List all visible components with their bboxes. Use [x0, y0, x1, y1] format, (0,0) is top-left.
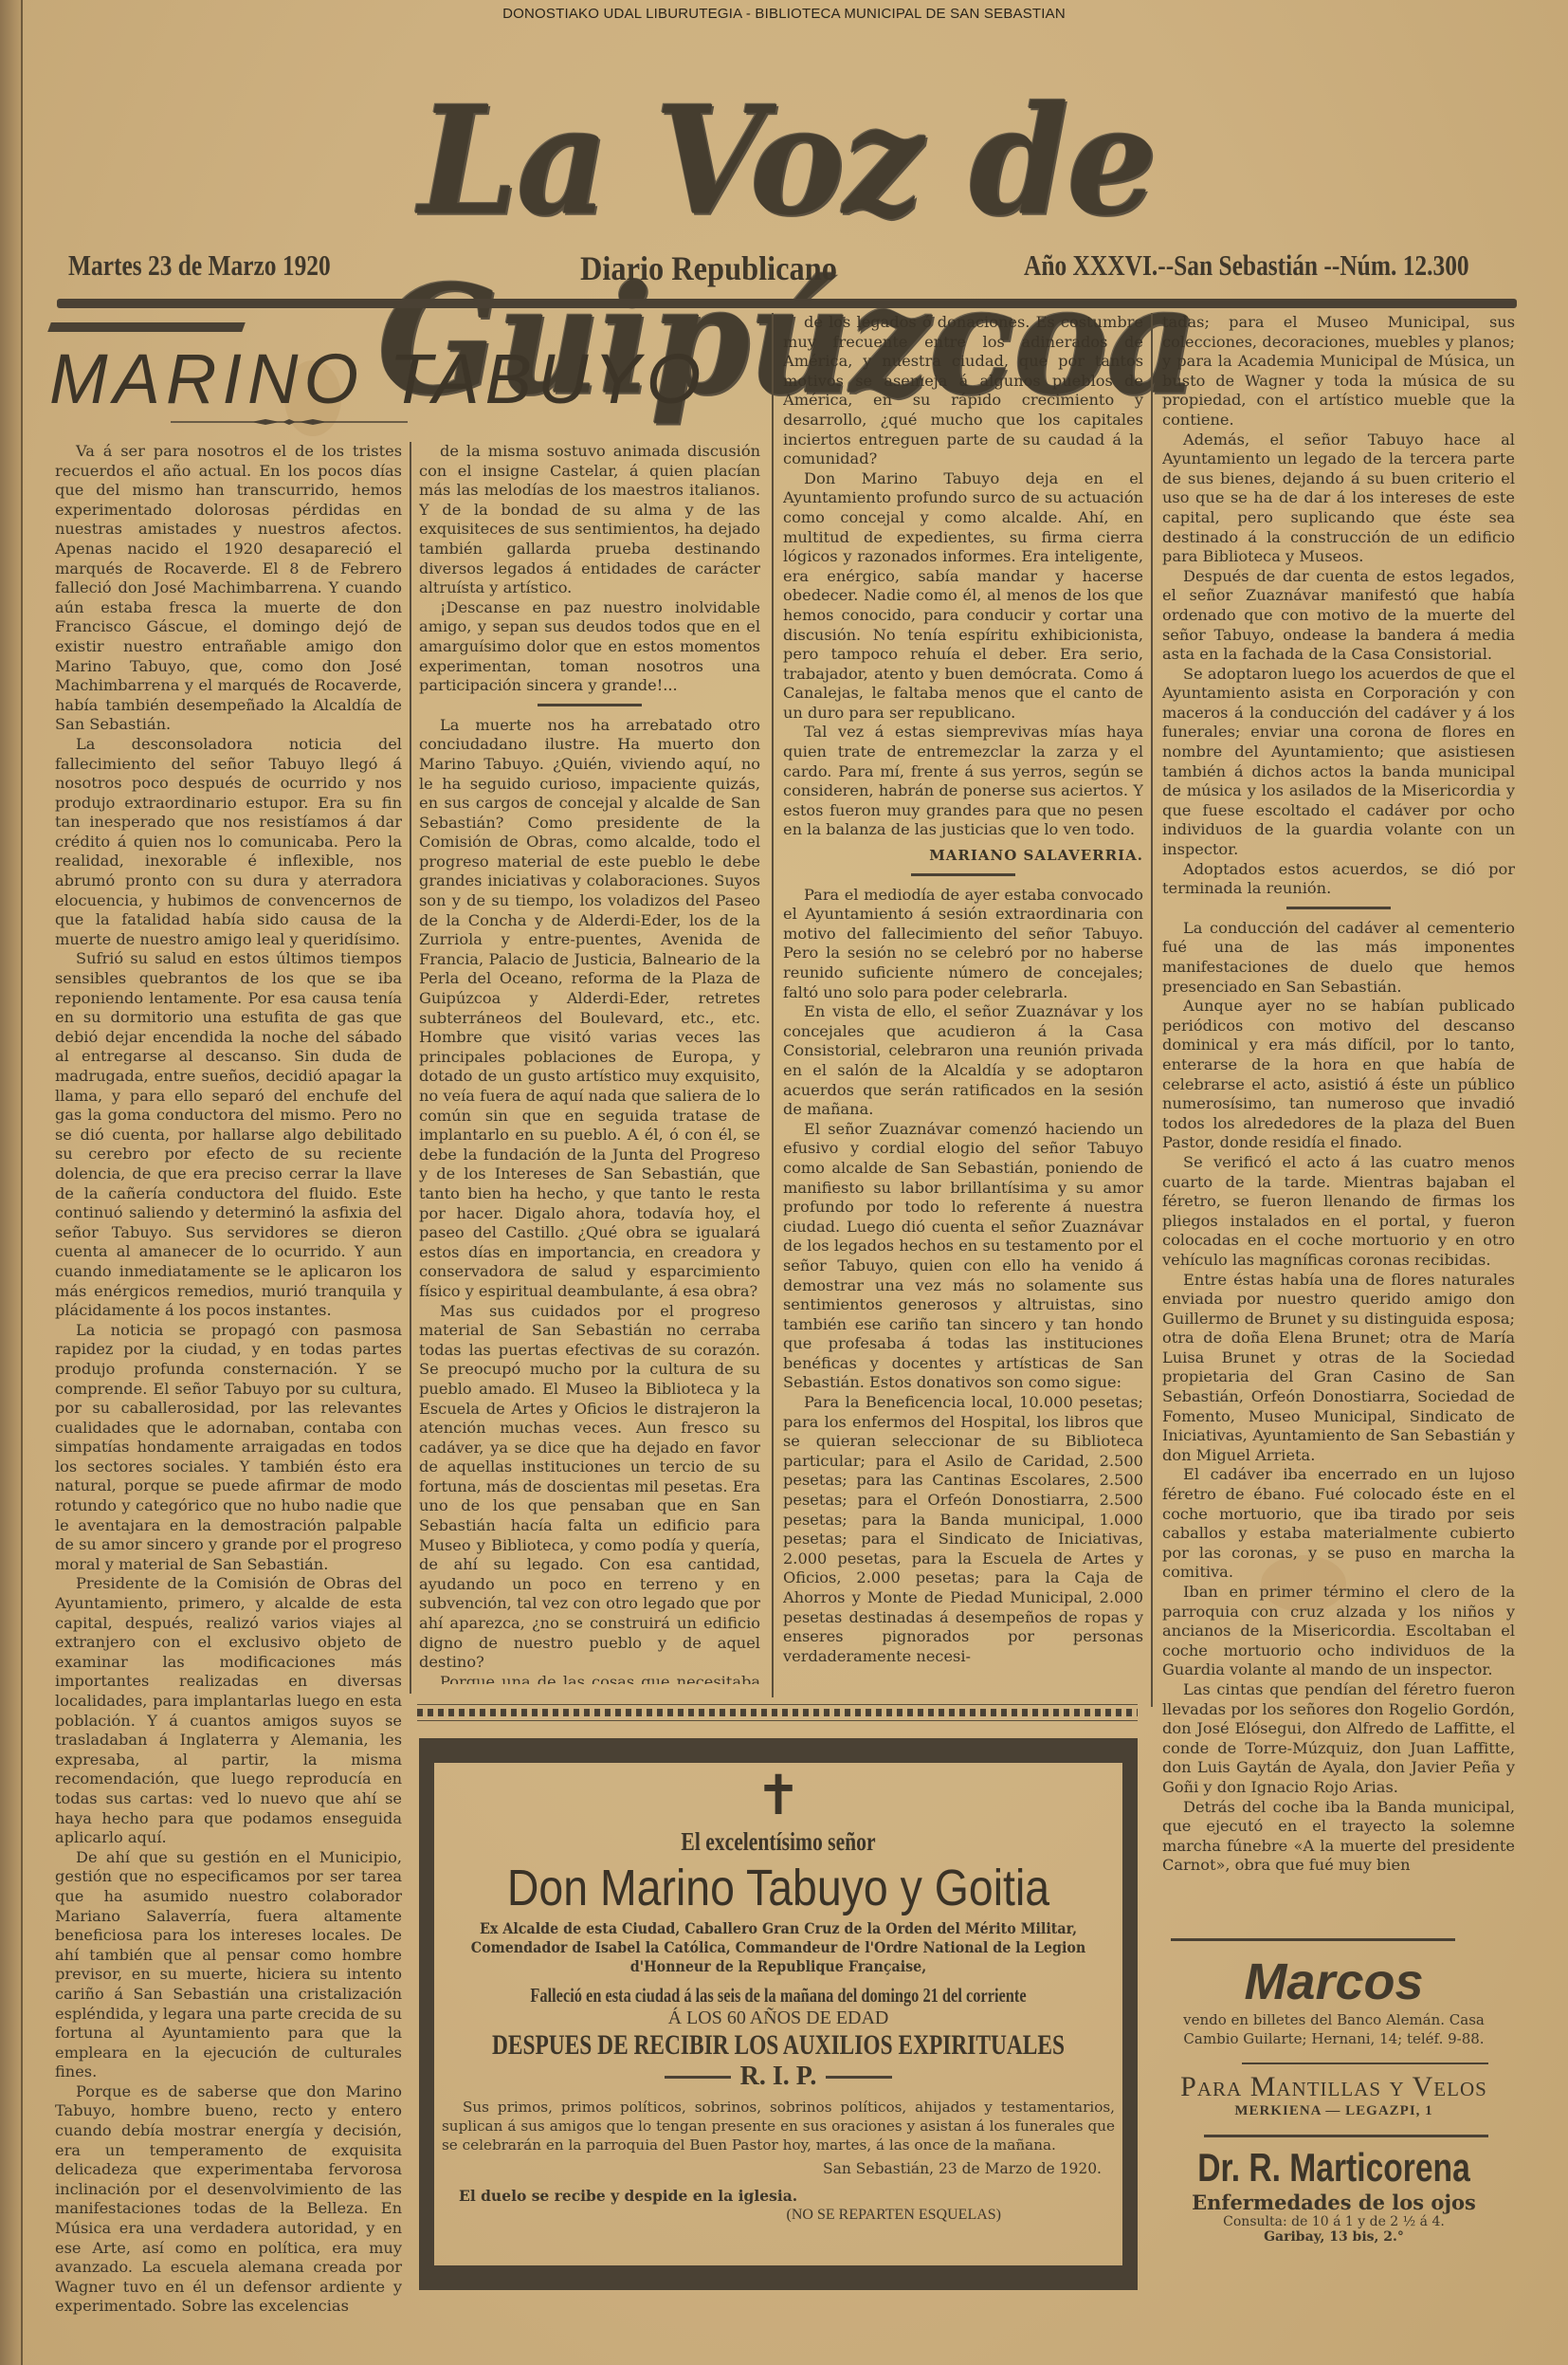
paragraph: Va á ser para nosotros el de los tristes… [55, 442, 402, 735]
paragraph: Aunque ayer no se habían publicado perió… [1162, 997, 1515, 1153]
paragraph: Don Marino Tabuyo deja en el Ayuntamient… [783, 469, 1143, 724]
author-signature: MARIANO SALAVERRIA. [783, 846, 1143, 866]
deceased-name: Don Marino Tabuyo y Goitia [456, 1857, 1100, 1919]
paragraph: De ahí que su gestión en el Municipio, g… [55, 1848, 402, 2082]
paragraph: La conducción del cadáver al cementerio … [1162, 919, 1515, 997]
binding-edge [21, 0, 23, 2365]
paragraph: Para el mediodía de ayer estaba convocad… [783, 886, 1143, 1003]
paragraph: El señor Zuaznávar comenzó haciendo un e… [783, 1120, 1143, 1393]
newspaper-page: DONOSTIAKO UDAL LIBURUTEGIA - BIBLIOTECA… [0, 0, 1568, 2365]
column-divider [1151, 313, 1153, 1707]
paragraph: En vista de ello, el señor Zuaznávar y l… [783, 1002, 1143, 1120]
obituary-place-date: San Sebastián, 23 de Marzo de 1920. [442, 2160, 1115, 2177]
ad-doctor: Dr. R. Marticorena Enfermedades de los o… [1149, 2145, 1519, 2245]
obituary-no-esquelas: (NO SE REPARTEN ESQUELAS) [442, 2207, 1115, 2224]
section-divider [1286, 907, 1391, 909]
ad-doctor-hours: Consulta: de 10 á 1 y de 2 ½ á 4. [1149, 2214, 1519, 2229]
paragraph: La desconsoladora noticia del fallecimie… [55, 735, 402, 950]
paragraph: de los legados ó donaciones. Es costumbr… [783, 313, 1143, 469]
ad-marcos: Marcos vendo en billetes del Banco Alemá… [1149, 1953, 1519, 2048]
cross-icon: ✝ [442, 1767, 1115, 1824]
paragraph: Para la Beneficencia local, 10.000 peset… [783, 1393, 1143, 1666]
paragraph: ¡Descanse en paz nuestro inolvidable ami… [419, 598, 760, 696]
ornament-divider [171, 419, 408, 425]
paragraph: Sufrió su salud en estos últimos tiempos… [55, 949, 402, 1320]
tagline: Diario Republicano [580, 248, 837, 292]
paragraph: Presidente de la Comisión de Obras del A… [55, 1574, 402, 1847]
article-title: MARINO TABUYO [49, 337, 770, 422]
issue-number: Año XXXVI.--San Sebastián --Núm. 12.300 [1024, 248, 1469, 292]
column-divider [772, 313, 774, 1697]
masthead-rule [57, 299, 1517, 308]
obituary-pretitle: El excelentísimo señor [509, 1827, 1048, 1857]
rip-text: R. I. P. [740, 2062, 817, 2092]
section-divider [911, 873, 1015, 876]
paragraph: Iban en primer término el clero de la pa… [1162, 1583, 1515, 1680]
binding-spine [0, 0, 21, 2365]
paragraph: Las cintas que pendían del féretro fuero… [1162, 1680, 1515, 1798]
ad-divider [1204, 2135, 1488, 2137]
paragraph: Detrás del coche iba la Banda municipal,… [1162, 1798, 1515, 1876]
deceased-age: Á LOS 60 AÑOS DE EDAD [442, 2007, 1115, 2029]
mourning-border-bottom [419, 2265, 1138, 2290]
issue-date: Martes 23 de Marzo 1920 [68, 248, 331, 292]
paragraph: tadas; para el Museo Municipal, sus cole… [1162, 313, 1515, 431]
deceased-honours: Ex Alcalde de esta Ciudad, Caballero Gra… [468, 1919, 1087, 1976]
article-column-1: Va á ser para nosotros el de los tristes… [55, 442, 402, 2357]
ad-divider [1242, 2062, 1488, 2064]
ad-mantillas: Para Mantillas y Velos MERKIENA — LEGAZP… [1149, 2071, 1519, 2119]
library-banner: DONOSTIAKO UDAL LIBURUTEGIA - BIBLIOTECA… [0, 6, 1568, 22]
section-divider [538, 704, 642, 706]
paragraph: Porque una de las cosas que necesitaba S… [419, 1673, 760, 1684]
rip-line: R. I. P. [442, 2062, 1115, 2092]
mourning-border-top [419, 1738, 1138, 1763]
ad-marcos-text: vendo en billetes del Banco Alemán. Casa… [1149, 2010, 1519, 2048]
mourning-border-right [1122, 1763, 1138, 2265]
last-rites: DESPUES DE RECIBIR LOS AUXILIOS EXPIRITU… [471, 2029, 1085, 2062]
diamond-divider [417, 1702, 1138, 1723]
paragraph: Entre éstas había una de flores naturale… [1162, 1271, 1515, 1466]
paragraph: Después de dar cuenta de estos legados, … [1162, 567, 1515, 665]
mourning-border-left [419, 1763, 434, 2265]
masthead-title: La Voz de Guipúzcoa [57, 72, 1517, 251]
paragraph: de la misma sostuvo animada discusión co… [419, 442, 760, 598]
title-bar [47, 322, 246, 332]
ad-divider [1171, 1938, 1455, 1941]
obituary-duelo: El duelo se recibe y despide en la igles… [442, 2187, 1115, 2205]
article-column-4: tadas; para el Museo Municipal, sus cole… [1162, 313, 1515, 1925]
ad-doctor-specialty: Enfermedades de los ojos [1149, 2191, 1519, 2214]
ad-doctor-name: Dr. R. Marticorena [1186, 2145, 1482, 2191]
obituary-notice: ✝ El excelentísimo señor Don Marino Tabu… [419, 1738, 1138, 2091]
ad-mantillas-text: MERKIENA — LEGAZPI, 1 [1149, 2103, 1519, 2119]
paragraph: El cadáver iba encerrado en un lujoso fé… [1162, 1465, 1515, 1583]
obituary-body: Sus primos, primos políticos, sobrinos, … [442, 2098, 1115, 2154]
ad-mantillas-title: Para Mantillas y Velos [1149, 2071, 1519, 2103]
paragraph: Porque es de saberse que don Marino Tabu… [55, 2082, 402, 2317]
paragraph: Adoptados estos acuerdos, se dió por ter… [1162, 860, 1515, 899]
paragraph: La muerte nos ha arrebatado otro conciud… [419, 716, 760, 1302]
paragraph: Mas sus cuidados por el progreso materia… [419, 1302, 760, 1673]
ad-marcos-title: Marcos [1149, 1953, 1519, 2010]
article-column-3: de los legados ó donaciones. Es costumbr… [783, 313, 1143, 1697]
ad-doctor-address: Garibay, 13 bis, 2.° [1149, 2229, 1519, 2245]
column-divider [410, 442, 411, 1694]
paragraph: Se adoptaron luego los acuerdos de que e… [1162, 665, 1515, 860]
death-notice: Falleció en esta ciudad á las seis de la… [516, 1984, 1041, 2007]
paragraph: La noticia se propagó con pasmosa rapide… [55, 1321, 402, 1575]
paragraph: Se verificó el acto á las cuatro menos c… [1162, 1153, 1515, 1271]
article-column-2: de la misma sostuvo animada discusión co… [419, 442, 760, 1684]
paragraph: Además, el señor Tabuyo hace al Ayuntami… [1162, 431, 1515, 567]
paragraph: Tal vez á estas siemprevivas mías haya q… [783, 723, 1143, 840]
